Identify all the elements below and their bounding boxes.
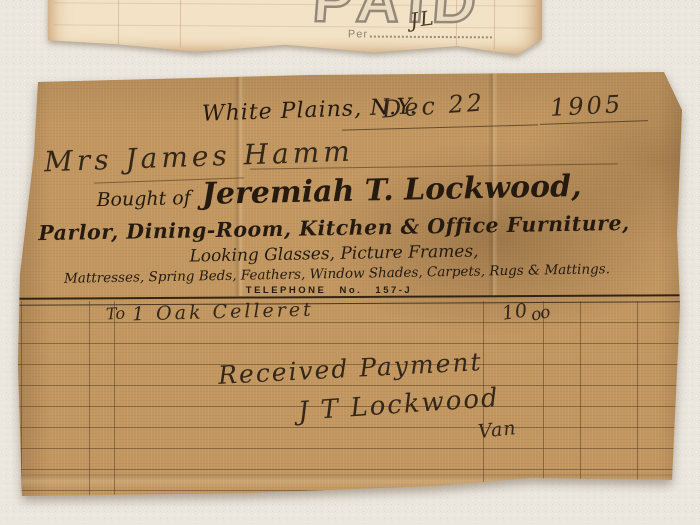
bought-of-label: Bought of [96, 187, 191, 211]
ledger-column-line [580, 301, 581, 498]
ledger-column-line [89, 301, 90, 498]
per-signature-handwriting: JL [409, 5, 437, 32]
price-dollars-handwriting: 10 [501, 299, 530, 324]
ledger-column-line [543, 301, 544, 498]
ledger-column-line [21, 301, 22, 498]
ruled-line-vertical [180, 0, 181, 47]
ledger-column-line [637, 301, 638, 498]
price-cents-handwriting: oo [529, 302, 551, 325]
ruled-line-vertical [494, 0, 495, 49]
signature-suffix-handwriting: Van [477, 417, 518, 443]
paper-fragment-top: PAID Per JL [48, 0, 542, 58]
ruled-line-vertical [118, 0, 119, 47]
dateline-rule [342, 124, 538, 130]
receipt-paper: White Plains, N.Y. Dec 22 1905 Mrs James… [10, 64, 688, 500]
handwritten-date: Dec 22 [381, 88, 486, 123]
handwritten-year: 1905 [549, 90, 623, 122]
receipt-paper-wrap: White Plains, N.Y. Dec 22 1905 Mrs James… [10, 64, 688, 500]
proprietor-name: Jeremiah T. Lockwood, [201, 169, 581, 212]
ledger-column-line [114, 301, 115, 498]
photo-background: { "photo": { "colors": { "fabric": "#ebe… [0, 0, 700, 525]
entry-prefix-handwriting: To [106, 304, 126, 324]
paper-fragment-top-wrap: PAID Per JL [48, 0, 542, 56]
customer-name-handwriting: Mrs James Hamm [44, 135, 355, 179]
